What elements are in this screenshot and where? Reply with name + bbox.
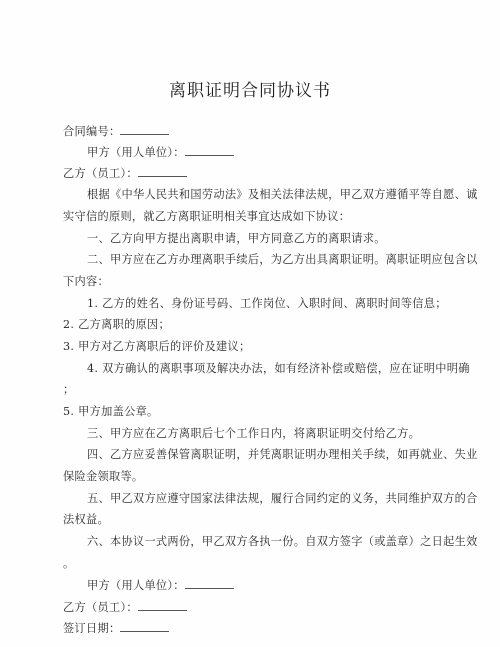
signing-date-blank[interactable] [120, 621, 169, 632]
clause-5-line-1: 五、甲乙双方应遵守国家法律法规，履行合同约定的义务，共同维护双方的合 [87, 492, 455, 506]
list-item-2: 2. 乙方离职的原因； [63, 318, 431, 332]
intro-line-1: 根据《中华人民共和国劳动法》及相关法律法规，甲乙双方遵循平等自愿、诚 [87, 188, 455, 202]
signature-party-a-field: 甲方（用人单位）： [87, 578, 455, 593]
signature-party-b-blank[interactable] [138, 600, 187, 611]
signing-date-label: 签订日期： [63, 622, 120, 635]
party-b-label: 乙方（员工）： [63, 167, 138, 180]
list-item-5: 5. 甲方加盖公章。 [63, 405, 431, 419]
contract-number-blank[interactable] [120, 124, 169, 135]
document-title: 离职证明合同协议书 [0, 76, 500, 101]
contract-number-label: 合同编号： [63, 125, 120, 138]
clause-1: 一、乙方向甲方提出离职申请，甲方同意乙方的离职请求。 [87, 232, 455, 246]
list-item-1: 1. 乙方的姓名、身份证号码、工作岗位、入职时间、离职时间等信息； [87, 297, 455, 311]
clause-5-line-2: 法权益。 [63, 513, 431, 527]
party-a-field: 甲方（用人单位）： [87, 145, 455, 160]
list-item-4-continuation: ； [63, 383, 431, 397]
clause-4-line-2: 保险金领取等。 [63, 470, 431, 484]
signature-party-b-field: 乙方（员工）： [63, 600, 431, 615]
signing-date-field: 签订日期： [63, 621, 431, 636]
signature-party-b-label: 乙方（员工）： [63, 601, 138, 614]
intro-line-2: 实守信的原则，就乙方离职证明相关事宜达成如下协议： [63, 210, 431, 224]
party-b-blank[interactable] [138, 166, 187, 177]
clause-2-line-2: 下内容： [63, 275, 431, 289]
clause-6-line-1: 六、本协议一式两份，甲乙双方各执一份。自双方签字（或盖章）之日起生效 [87, 535, 455, 549]
clause-6-line-2: 。 [63, 557, 431, 571]
signature-party-a-label: 甲方（用人单位）： [87, 579, 185, 592]
party-b-field: 乙方（员工）： [63, 166, 431, 181]
document-page: 离职证明合同协议书 合同编号： 甲方（用人单位）： 乙方（员工）： 根据《中华人… [0, 0, 500, 647]
signature-party-a-blank[interactable] [185, 578, 234, 589]
clause-2-line-1: 二、甲方应在乙方办理离职手续后，为乙方出具离职证明。离职证明应包含以 [87, 253, 455, 267]
clause-4-line-1: 四、乙方应妥善保管离职证明，并凭离职证明办理相关手续，如再就业、失业 [87, 448, 455, 462]
party-a-label: 甲方（用人单位）： [87, 146, 185, 159]
list-item-3: 3. 甲方对乙方离职后的评价及建议； [63, 340, 431, 354]
contract-number-field: 合同编号： [63, 124, 431, 139]
clause-3: 三、甲方应在乙方离职后七个工作日内，将离职证明交付给乙方。 [87, 427, 455, 441]
list-item-4: 4. 双方确认的离职事项及解决办法，如有经济补偿或赔偿，应在证明中明确 [87, 362, 455, 376]
party-a-blank[interactable] [185, 145, 234, 156]
